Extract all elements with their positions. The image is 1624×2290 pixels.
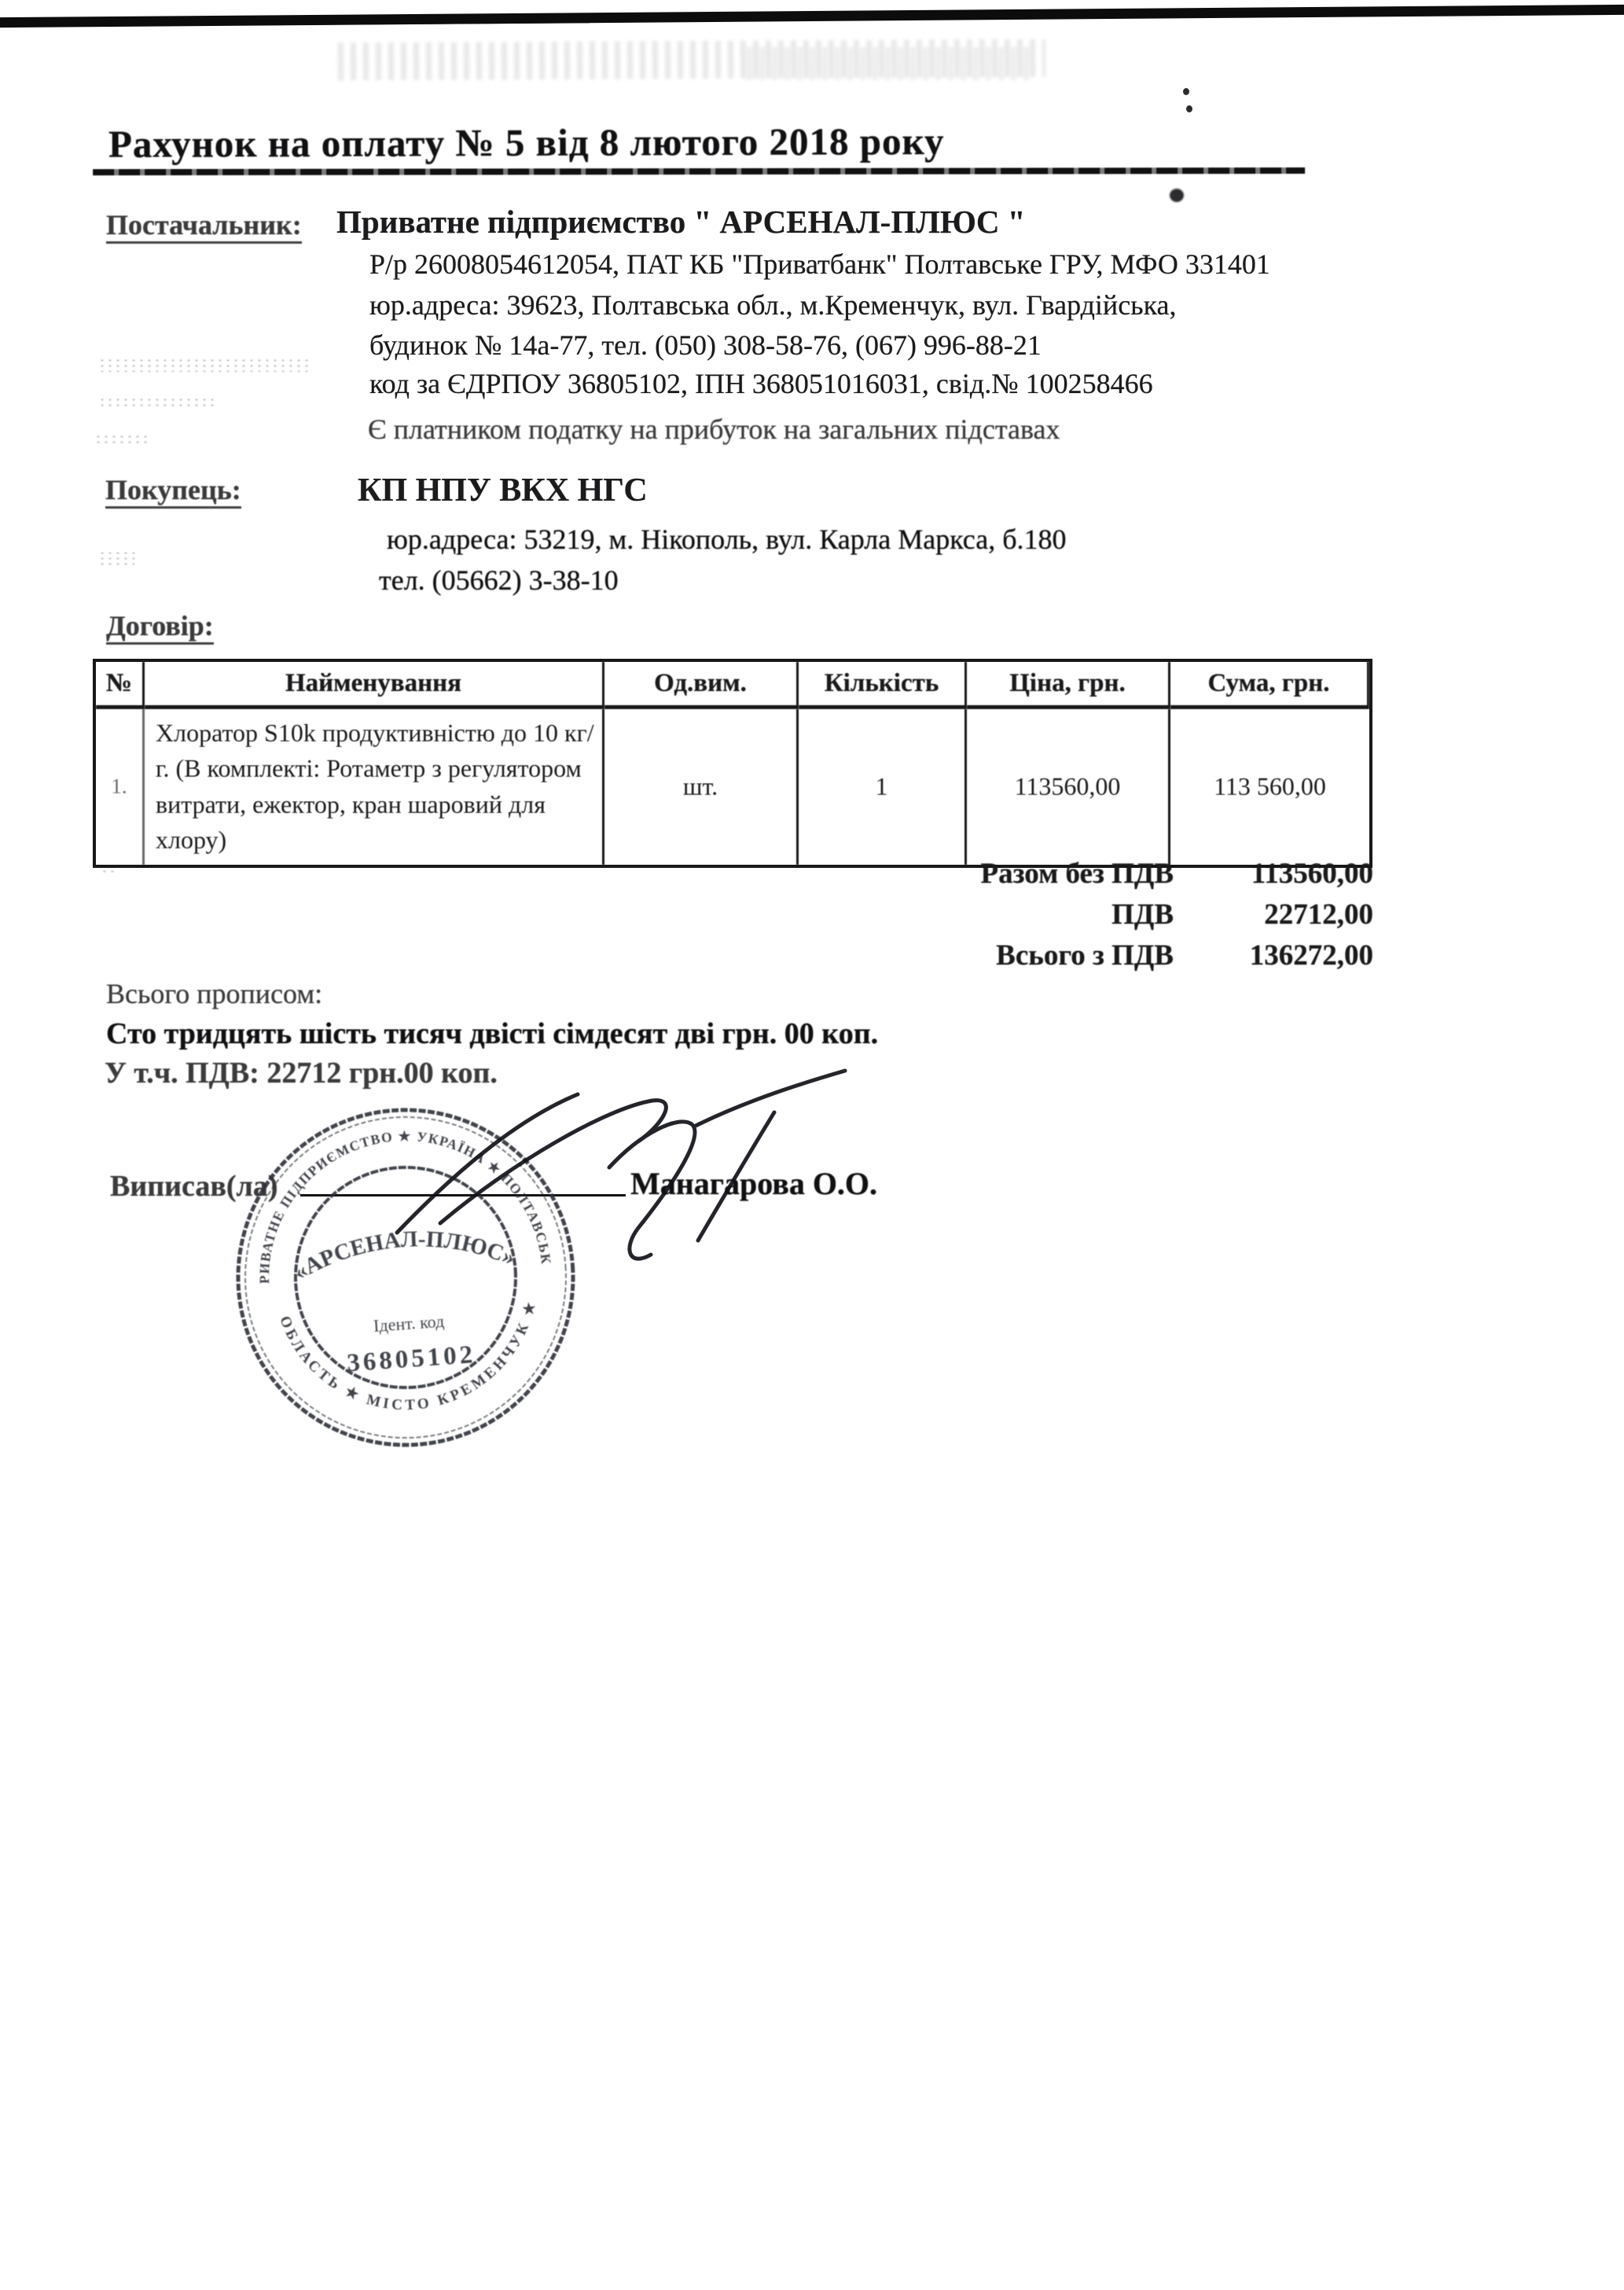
- scan-artifact: [1170, 189, 1184, 202]
- scanned-invoice-page: Рахунок на оплату № 5 від 8 лютого 2018 …: [0, 0, 1624, 2290]
- supplier-edrpou-line: код за ЄДРПОУ 36805102, ІПН 368051016031…: [369, 369, 1153, 398]
- title-underline: [93, 167, 1305, 175]
- total-with-vat-label: Всього з ПДВ: [747, 939, 1174, 972]
- stamp-graphic: ПРИВАТНЕ ПІДПРИЄМСТВО ★ УКРАЇНА ★ ПОЛТАВ…: [208, 1080, 603, 1475]
- supplier-label: Постачальник:: [106, 211, 302, 244]
- buyer-label: Покупець:: [105, 476, 241, 509]
- item-unit: шт.: [604, 709, 799, 865]
- col-header-name: Найменування: [145, 662, 604, 709]
- stamp-id-code: 36805102: [346, 1340, 476, 1377]
- total-without-vat-row: Разом без ПДВ 113560,00: [747, 857, 1373, 891]
- scan-artifact: [1183, 88, 1189, 95]
- total-without-vat-label: Разом без ПДВ: [747, 857, 1174, 891]
- supplier-name: Приватне підприємство " АРСЕНАЛ-ПЛЮС ": [336, 203, 1026, 241]
- buyer-phone-line: тел. (05662) 3-38-10: [379, 566, 619, 594]
- scan-artifact: [98, 358, 310, 372]
- total-with-vat-value: 136272,00: [1174, 939, 1373, 972]
- scan-artifact: [94, 434, 149, 447]
- vat-value: 22712,00: [1174, 898, 1373, 932]
- total-with-vat-row: Всього з ПДВ 136272,00: [747, 939, 1373, 972]
- supplier-tax-status: Є платником податку на прибуток на загал…: [368, 415, 1060, 443]
- item-sum: 113 560,00: [1170, 709, 1369, 865]
- scan-artifact: [1186, 105, 1192, 112]
- stamp-id-label: Ідент. код: [373, 1311, 445, 1336]
- col-header-qty: Кількість: [799, 662, 967, 709]
- col-header-sum: Сума, грн.: [1170, 662, 1369, 709]
- buyer-name: КП НПУ ВКХ НГС: [358, 472, 648, 509]
- signer-name: Манагарова О.О.: [630, 1165, 877, 1202]
- item-price: 113560,00: [967, 709, 1170, 865]
- supplier-address-line: юр.адреса: 39623, Полтавська обл., м.Кре…: [369, 291, 1177, 319]
- invoice-title-block: Рахунок на оплату № 5 від 8 лютого 2018 …: [108, 117, 1319, 166]
- buyer-address-line: юр.адреса: 53219, м. Нікополь, вул. Карл…: [387, 525, 1067, 553]
- vat-in-words: У т.ч. ПДВ: 22712 грн.00 коп.: [105, 1058, 498, 1088]
- row-number: 1.: [96, 709, 145, 865]
- supplier-bank-line: Р/р 26008054612054, ПАТ КБ "Приватбанк" …: [369, 250, 1270, 278]
- amount-in-words: Сто тридцять шість тисяч двісті сімдесят…: [106, 1019, 878, 1049]
- page-title: Рахунок на оплату № 5 від 8 лютого 2018 …: [108, 117, 1319, 166]
- col-header-number: №: [96, 662, 145, 709]
- scan-artifact: [98, 397, 216, 410]
- item-qty: 1: [799, 709, 967, 865]
- company-stamp: ПРИВАТНЕ ПІДПРИЄМСТВО ★ УКРАЇНА ★ ПОЛТАВ…: [208, 1080, 603, 1475]
- supplier-phone-line: будинок № 14а-77, тел. (050) 308-58-76, …: [369, 331, 1042, 359]
- amount-in-words-label: Всього прописом:: [106, 980, 322, 1008]
- total-without-vat-value: 113560,00: [1174, 857, 1373, 891]
- vat-label: ПДВ: [747, 898, 1174, 932]
- col-header-unit: Од.вим.: [604, 662, 799, 709]
- items-table: № Найменування Од.вим. Кількість Ціна, г…: [93, 659, 1372, 868]
- stamp-company-name: «АРСЕНАЛ-ПЛЮС»: [288, 1219, 520, 1286]
- item-name: Хлоратор S10k продуктивністю до 10 кг/г.…: [145, 709, 604, 865]
- scan-artifact: [98, 550, 134, 568]
- scan-artifact: [747, 47, 1030, 80]
- col-header-price: Ціна, грн.: [967, 662, 1170, 709]
- vat-row: ПДВ 22712,00: [747, 898, 1373, 932]
- contract-label: Договір:: [106, 612, 214, 645]
